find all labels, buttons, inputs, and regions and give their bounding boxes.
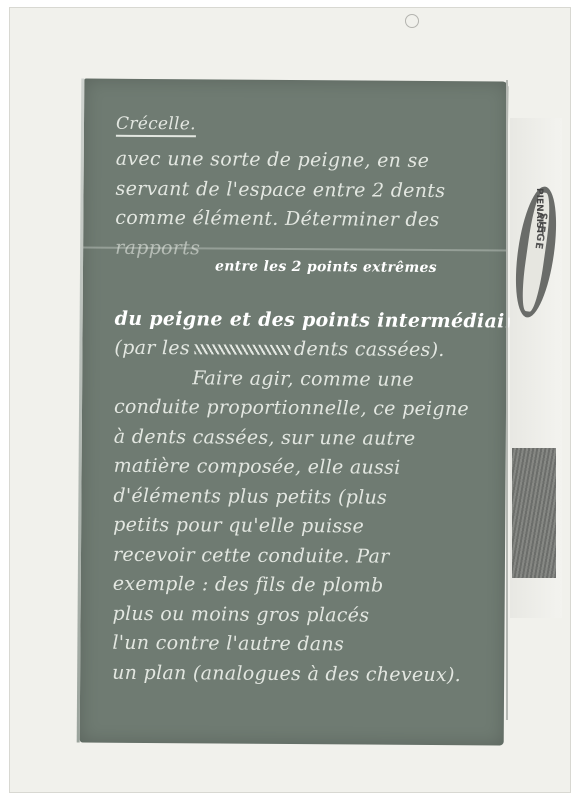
note-line: (par lesdents cassées). — [114, 334, 494, 366]
note-line: matière composée, elle aussi — [114, 452, 494, 484]
paper-sheet: Crécelle. avec une sorte de peigne, en s… — [10, 8, 570, 792]
note-line: plus ou moins gros placés — [112, 599, 492, 631]
note-line: recevoir cette conduite. Par — [113, 540, 493, 572]
note-line: Faire agir, comme une — [114, 363, 494, 395]
note-line: petits pour qu'elle puisse — [113, 511, 493, 543]
scribbled-out-word — [194, 344, 290, 355]
note-fragment: (par les — [114, 337, 190, 360]
note-line: servant de l'espace entre 2 dents — [115, 174, 495, 206]
note-line: d'éléments plus petits (plus — [113, 481, 493, 513]
note-line: conduite proportionnelle, ce peigne — [114, 393, 494, 425]
note-edge — [506, 80, 508, 720]
note-line: à dents cassées, sur une autre — [114, 422, 494, 454]
note-line-crossed: rapports — [115, 233, 495, 265]
side-label-strip: SIEGE PIENAIST — [510, 118, 562, 618]
stamp-icon — [405, 14, 419, 28]
handwritten-note: Crécelle. avec une sorte de peigne, en s… — [80, 79, 509, 746]
note-line: avec une sorte de peigne, en se — [116, 145, 496, 177]
note-line: du peigne et des points intermédiaires — [115, 304, 495, 336]
note-text: Crécelle. avec une sorte de peigne, en s… — [112, 109, 496, 691]
note-line — [115, 275, 495, 307]
label-text-line2: PIENAIST — [534, 188, 544, 235]
note-title: Crécelle. — [116, 113, 196, 138]
note-line: l'un contre l'autre dans — [112, 629, 492, 661]
note-line: comme élément. Déterminer des — [115, 204, 495, 236]
note-fragment: dents cassées). — [294, 338, 445, 361]
note-line: exemple : des fils de plomb — [113, 570, 493, 602]
shadow-texture — [512, 448, 556, 578]
note-line: un plan (analogues à des cheveux). — [112, 658, 492, 690]
